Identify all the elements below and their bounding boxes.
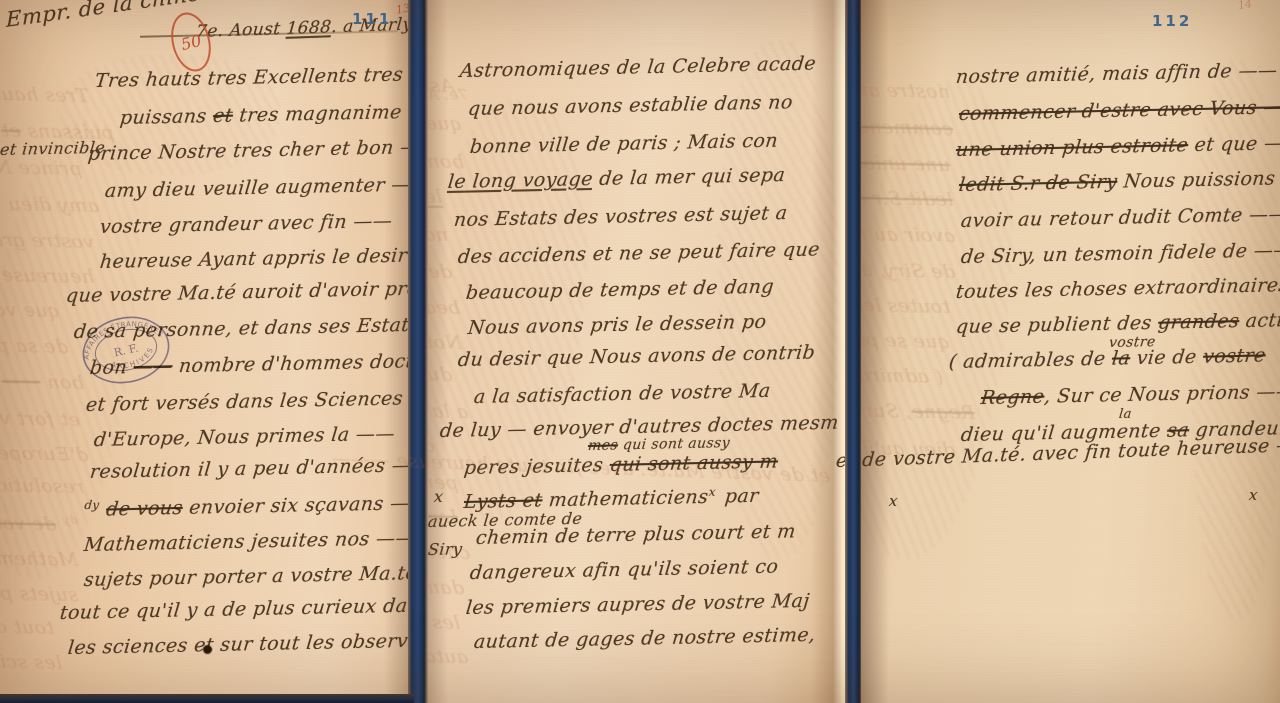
binding-bar xyxy=(845,0,861,703)
margin-note: x xyxy=(433,487,444,506)
stamp-center-text: R. F. xyxy=(113,342,140,360)
manuscript-line: amy dieu veuille augmenter —— xyxy=(104,173,408,202)
manuscript-line: et fort versés dans les Sciences —— xyxy=(85,386,408,416)
manuscript-line: autant de gages de nostre estime, xyxy=(473,624,817,653)
bleed-through-ghost: le long voyage de la mer qui sepa xyxy=(428,179,443,208)
bleed-through-ghost: dangereux afin qu'ils soient co xyxy=(428,571,465,599)
manuscript-line: Mathematiciens jesuites nos —— xyxy=(83,527,408,556)
manuscript-line: vostre grandeur avec fin —— xyxy=(99,210,394,238)
ink-blot xyxy=(203,645,212,654)
manuscript-scan: 50 AFFAIRES ÉTRANGÈRES ARCHIVES R. F. Em… xyxy=(0,0,1280,703)
manuscript-page-middle: 7e. Aoust 1688. a MarlyAstronomiques de … xyxy=(428,0,845,703)
manuscript-line: heureuse Ayant appris le desir —— xyxy=(99,244,408,273)
bleed-through-ghost: autant de gages de nostre estime, xyxy=(428,639,469,668)
manuscript-line: sujets pour porter a vostre Ma.té —— xyxy=(83,561,408,591)
manuscript-line: dy de vous envoier six sçavans —— xyxy=(83,492,408,521)
manuscript-page-right: nostre amitié, mais affin de ——nostre am… xyxy=(861,0,1280,703)
margin-x-mark: x xyxy=(1248,486,1259,504)
manuscript-line: les premiers aupres de vostre Maj xyxy=(465,590,811,619)
red-folio-annotation-value: 50 xyxy=(179,30,203,53)
bleed-through-ghost: tout ce qu'il y a de plus curieux dans —… xyxy=(0,608,55,639)
folio-number-112: 112 xyxy=(1152,12,1192,30)
binding-bar xyxy=(408,0,428,703)
binding-bottom-edge xyxy=(0,694,414,703)
margin-note: et invincible xyxy=(0,138,106,159)
bleed-through-ghost: que nous avons establie dans no xyxy=(428,106,463,135)
manuscript-line: tout ce qu'il y a de plus curieux dans —… xyxy=(59,593,408,624)
manuscript-line: dangereux afin qu'ils soient co xyxy=(469,556,780,584)
margin-x-mark: x xyxy=(888,492,899,510)
manuscript-line: d'Europe, Nous primes la —— xyxy=(93,423,396,451)
margin-note: aueck le comte de xyxy=(428,509,583,531)
bleed-through-ghost: Astronomiques de la Celebre acade xyxy=(428,68,455,97)
bleed-through-ghost: nostre amitié, mais affin de —— xyxy=(861,74,951,103)
bleed-through-ghost: les sciences et sur tout les observaçons xyxy=(0,644,63,674)
bleed-through-ghost: bonne ville de paris ; Mais con xyxy=(428,145,465,173)
manuscript-page-left: 50 AFFAIRES ÉTRANGÈRES ARCHIVES R. F. Em… xyxy=(0,0,408,703)
margin-note: Siry xyxy=(428,539,463,559)
folio-number-111: 111 xyxy=(352,10,392,28)
bleed-through-ghost: les premiers aupres de vostre Maj xyxy=(428,605,461,634)
manuscript-line: les sciences et sur tout les observaçons xyxy=(67,629,408,659)
